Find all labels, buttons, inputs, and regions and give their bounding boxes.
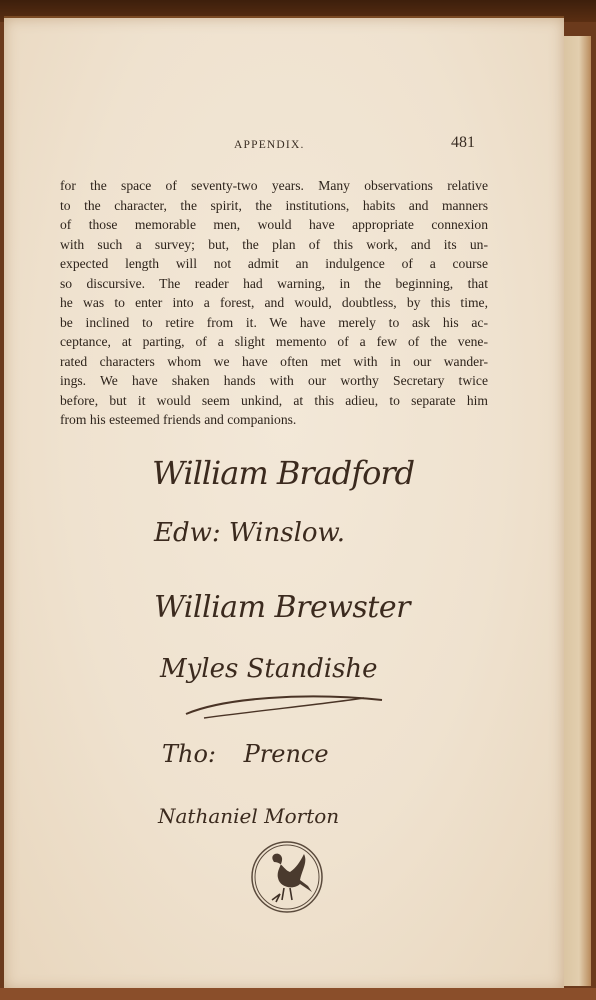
text-line: he was to enter into a forest, and would… bbox=[60, 293, 488, 313]
bird-seal-icon bbox=[250, 840, 324, 914]
text-line: with such a survey; but, the plan of thi… bbox=[60, 235, 488, 255]
text-line: of those memorable men, would have appro… bbox=[60, 215, 488, 235]
signature-william-brewster: William Brewster bbox=[154, 590, 410, 625]
book-page: APPENDIX. 481 for the space of seventy-t… bbox=[4, 16, 564, 990]
wooden-surface-bottom bbox=[0, 988, 596, 1000]
signature-william-bradford: William Bradford bbox=[152, 454, 414, 492]
signature-edward-winslow: Edw: Winslow. bbox=[154, 518, 345, 548]
signature-nathaniel-morton: Nathaniel Morton bbox=[158, 804, 339, 828]
page-number: 481 bbox=[451, 134, 475, 152]
signature-thomas-prence: Tho: Prence bbox=[162, 740, 329, 768]
signature-flourish-icon bbox=[184, 690, 384, 720]
underlying-page-edge bbox=[560, 36, 591, 986]
text-line: from his esteemed friends and companions… bbox=[60, 410, 488, 430]
body-paragraph: for the space of seventy-two years. Many… bbox=[60, 176, 488, 430]
text-line: ings. We have shaken hands with our wort… bbox=[60, 371, 488, 391]
page-header: APPENDIX. 481 bbox=[4, 136, 564, 156]
text-line: rated characters whom we have often met … bbox=[60, 352, 488, 372]
text-line: so discursive. The reader had warning, i… bbox=[60, 274, 488, 294]
text-line: ceptance, at parting, of a slight mement… bbox=[60, 332, 488, 352]
text-line: expected length will not admit an indulg… bbox=[60, 254, 488, 274]
signature-myles-standish: Myles Standishe bbox=[160, 654, 378, 684]
running-head: APPENDIX. bbox=[234, 139, 305, 151]
text-line: before, but it would seem unkind, at thi… bbox=[60, 391, 488, 411]
text-line: be inclined to retire from it. We have m… bbox=[60, 313, 488, 333]
text-line: to the character, the spirit, the instit… bbox=[60, 196, 488, 216]
text-line: for the space of seventy-two years. Many… bbox=[60, 176, 488, 196]
